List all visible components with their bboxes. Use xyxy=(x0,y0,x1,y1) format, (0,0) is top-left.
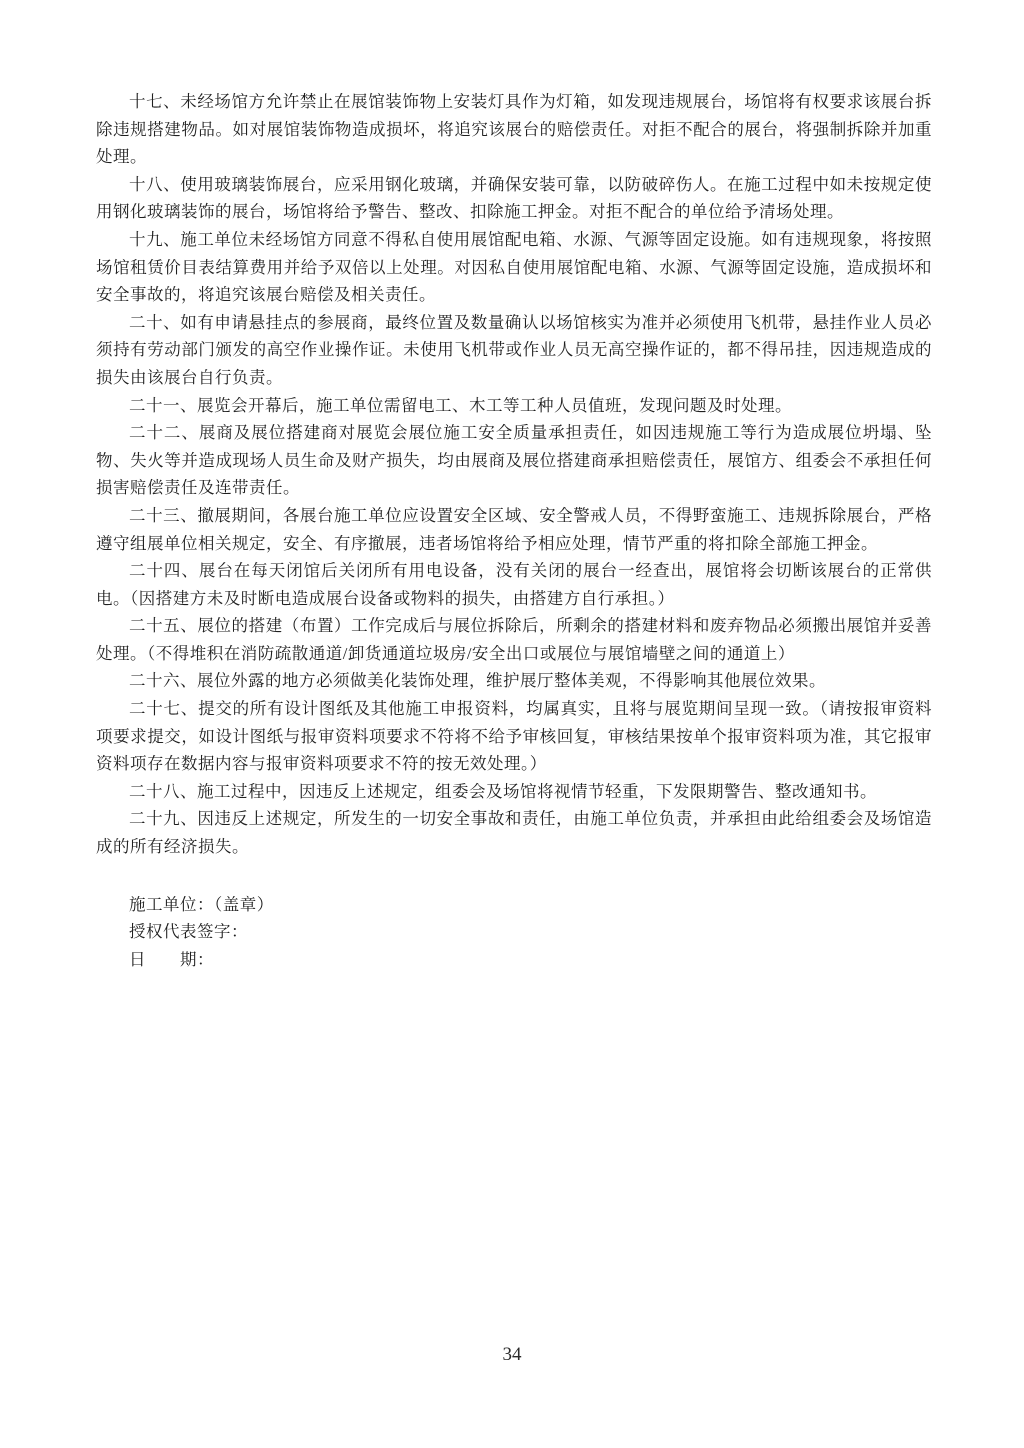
clause-23: 二十三、撤展期间，各展台施工单位应设置安全区域、安全警戒人员，不得野蛮施工、违规… xyxy=(96,502,932,557)
clause-26: 二十六、展位外露的地方必须做美化装饰处理，维护展厅整体美观，不得影响其他展位效果… xyxy=(96,667,932,695)
signature-block: 施工单位：（盖章） 授权代表签字： 日 期： xyxy=(96,891,932,974)
clause-29: 二十九、因违反上述规定，所发生的一切安全事故和责任，由施工单位负责，并承担由此给… xyxy=(96,805,932,860)
signature-unit-line: 施工单位：（盖章） xyxy=(129,891,932,919)
clause-18: 十八、使用玻璃装饰展台，应采用钢化玻璃，并确保安装可靠，以防破碎伤人。在施工过程… xyxy=(96,171,932,226)
document-page: 十七、未经场馆方允许禁止在展馆装饰物上安装灯具作为灯箱，如发现违规展台，场馆将有… xyxy=(0,0,1024,1448)
clause-27: 二十七、提交的所有设计图纸及其他施工申报资料，均属真实，且将与展览期间呈现一致。… xyxy=(96,695,932,778)
clause-20: 二十、如有申请悬挂点的参展商，最终位置及数量确认以场馆核实为准并必须使用飞机带，… xyxy=(96,309,932,392)
page-number: 34 xyxy=(0,1344,1024,1366)
clause-24: 二十四、展台在每天闭馆后关闭所有用电设备，没有关闭的展台一经查出，展馆将会切断该… xyxy=(96,557,932,612)
clause-17: 十七、未经场馆方允许禁止在展馆装饰物上安装灯具作为灯箱，如发现违规展台，场馆将有… xyxy=(96,88,932,171)
signature-representative-line: 授权代表签字： xyxy=(129,918,932,946)
clause-22: 二十二、展商及展位搭建商对展览会展位施工安全质量承担责任，如因违规施工等行为造成… xyxy=(96,419,932,502)
clause-21: 二十一、展览会开幕后，施工单位需留电工、木工等工种人员值班，发现问题及时处理。 xyxy=(96,392,932,420)
document-body: 十七、未经场馆方允许禁止在展馆装饰物上安装灯具作为灯箱，如发现违规展台，场馆将有… xyxy=(96,88,932,973)
clause-19: 十九、施工单位未经场馆方同意不得私自使用展馆配电箱、水源、气源等固定设施。如有违… xyxy=(96,226,932,309)
signature-date-line: 日 期： xyxy=(129,946,932,974)
clause-25: 二十五、展位的搭建（布置）工作完成后与展位拆除后，所剩余的搭建材料和废弃物品必须… xyxy=(96,612,932,667)
clause-28: 二十八、施工过程中，因违反上述规定，组委会及场馆将视情节轻重，下发限期警告、整改… xyxy=(96,778,932,806)
